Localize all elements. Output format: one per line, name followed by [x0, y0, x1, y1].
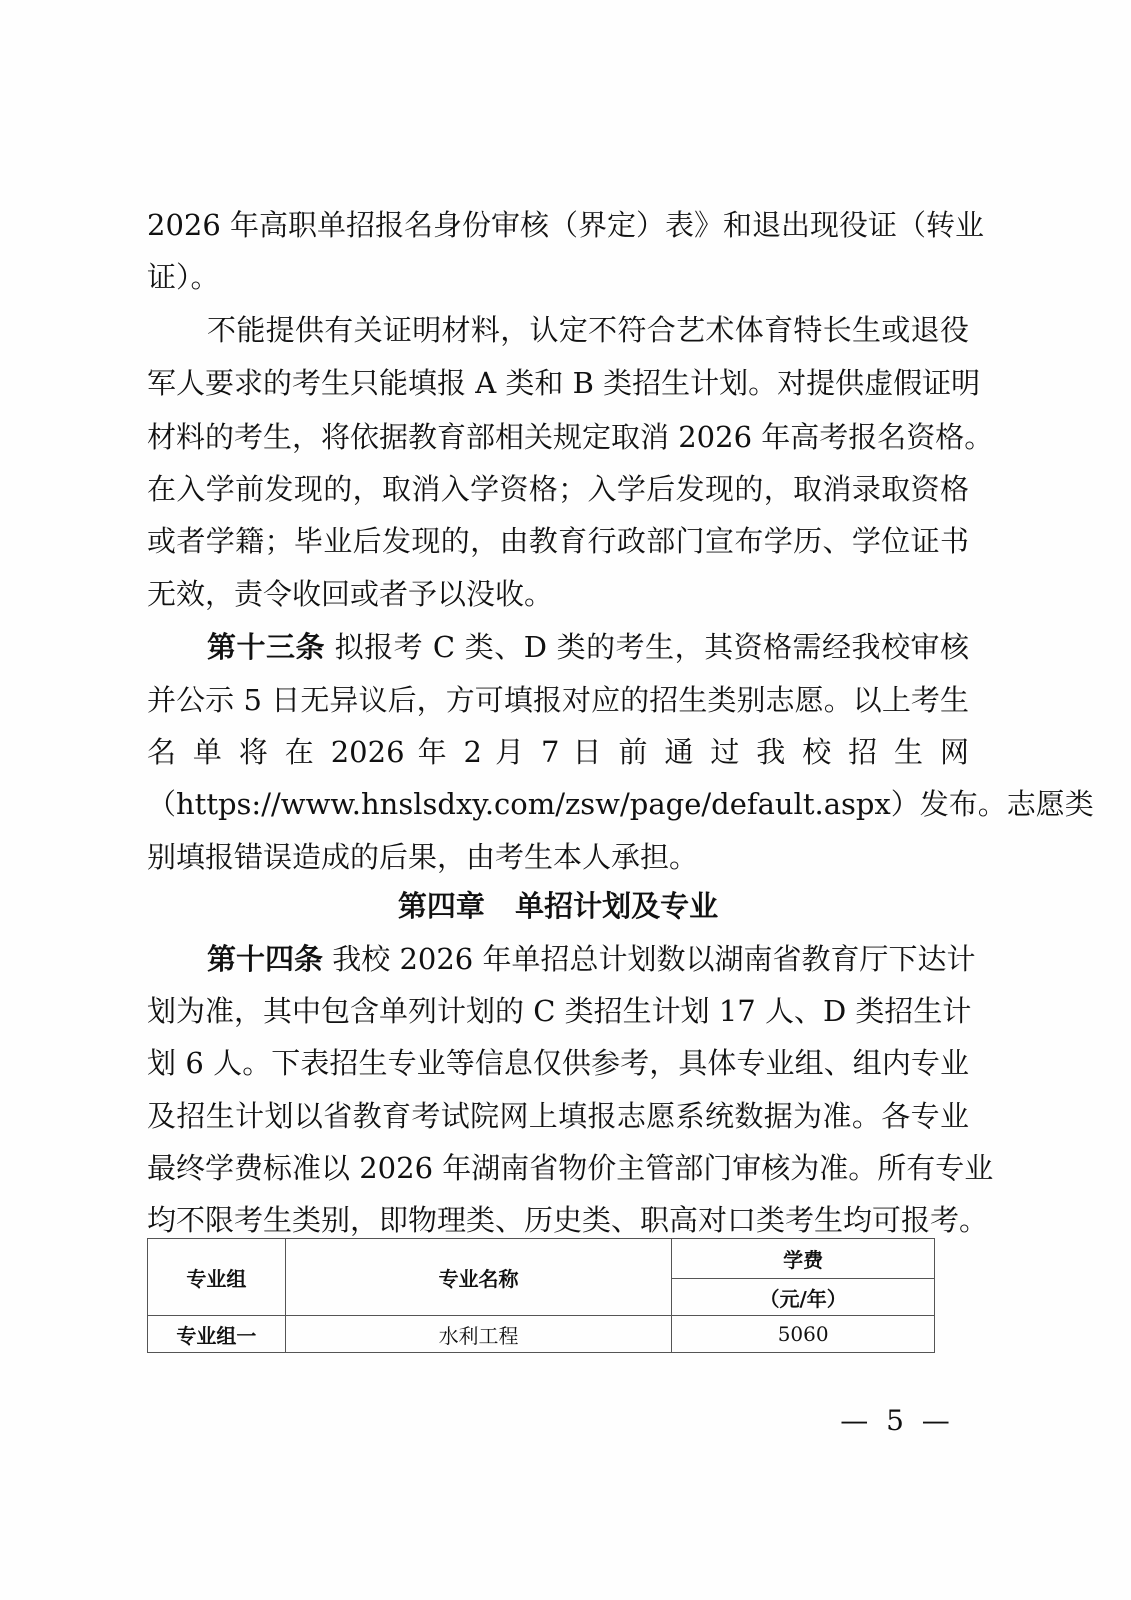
text-line: 无效，责令收回或者予以没收。 — [147, 574, 969, 614]
text-line: 2026 年高职单招报名身份审核（界定）表》和退出现役证（转业 — [147, 205, 969, 245]
text-line: （https://www.hnslsdxy.com/zsw/page/defau… — [147, 784, 969, 824]
text-line: 及招生计划以省教育考试院网上填报志愿系统数据为准。各专业 — [147, 1096, 969, 1136]
text-line: 在入学前发现的，取消入学资格；入学后发现的，取消录取资格 — [147, 469, 969, 509]
text-line: 军人要求的考生只能填报 A 类和 B 类招生计划。对提供虚假证明 — [147, 363, 969, 403]
text-line: 并公示 5 日无异议后，方可填报对应的招生类别志愿。以上考生 — [147, 680, 969, 720]
article-13-first-line: 第十三条 拟报考 C 类、D 类的考生，其资格需经我校审核 — [207, 627, 969, 667]
text-line: 最终学费标准以 2026 年湖南省物价主管部门审核为准。所有专业 — [147, 1148, 969, 1188]
article-13-label: 第十三条 — [207, 630, 325, 664]
document-page: 2026 年高职单招报名身份审核（界定）表》和退出现役证（转业 证）。 不能提供… — [0, 0, 1131, 1600]
text-line: 材料的考生，将依据教育部相关规定取消 2026 年高考报名资格。 — [147, 417, 969, 457]
table-row: 专业组一 水利工程 5060 — [148, 1316, 935, 1353]
text-line: 划 6 人。下表招生专业等信息仅供参考，具体专业组、组内专业 — [147, 1043, 969, 1083]
text-line: 或者学籍；毕业后发现的，由教育行政部门宣布学历、学位证书 — [147, 521, 969, 561]
cell-major: 水利工程 — [285, 1316, 671, 1353]
text-line: 划为准，其中包含单列计划的 C 类招生计划 17 人、D 类招生计 — [147, 991, 969, 1031]
text-line: 证）。 — [147, 257, 969, 297]
page-number: — 5 — — [835, 1404, 955, 1437]
article-13-text: 拟报考 C 类、D 类的考生，其资格需经我校审核 — [335, 630, 969, 664]
text-line: 名 单 将 在 2026 年 2 月 7 日 前 通 过 我 校 招 生 网 — [147, 732, 969, 772]
header-fee: 学费 — [672, 1239, 935, 1279]
chapter-number: 第四章 — [398, 889, 485, 923]
cell-group: 专业组一 — [148, 1316, 286, 1353]
header-fee-unit: （元/年） — [672, 1279, 935, 1316]
text-line: 不能提供有关证明材料，认定不符合艺术体育特长生或退役 — [207, 310, 969, 350]
table-header-row: 专业组 专业名称 学费 — [148, 1239, 935, 1279]
article-14-text: 我校 2026 年单招总计划数以湖南省教育厅下达计 — [332, 942, 975, 976]
chapter-title: 单招计划及专业 — [515, 889, 718, 923]
majors-fee-table: 专业组 专业名称 学费 （元/年） 专业组一 水利工程 5060 — [147, 1238, 935, 1353]
text-line: 均不限考生类别，即物理类、历史类、职高对口类考生均可报考。 — [147, 1200, 969, 1240]
text-line: 别填报错误造成的后果，由考生本人承担。 — [147, 837, 969, 877]
article-14-first-line: 第十四条 我校 2026 年单招总计划数以湖南省教育厅下达计 — [207, 939, 969, 979]
header-major: 专业名称 — [285, 1239, 671, 1316]
header-group: 专业组 — [148, 1239, 286, 1316]
cell-fee: 5060 — [672, 1316, 935, 1353]
chapter-heading: 第四章 单招计划及专业 — [147, 886, 969, 926]
article-14-label: 第十四条 — [207, 942, 323, 976]
